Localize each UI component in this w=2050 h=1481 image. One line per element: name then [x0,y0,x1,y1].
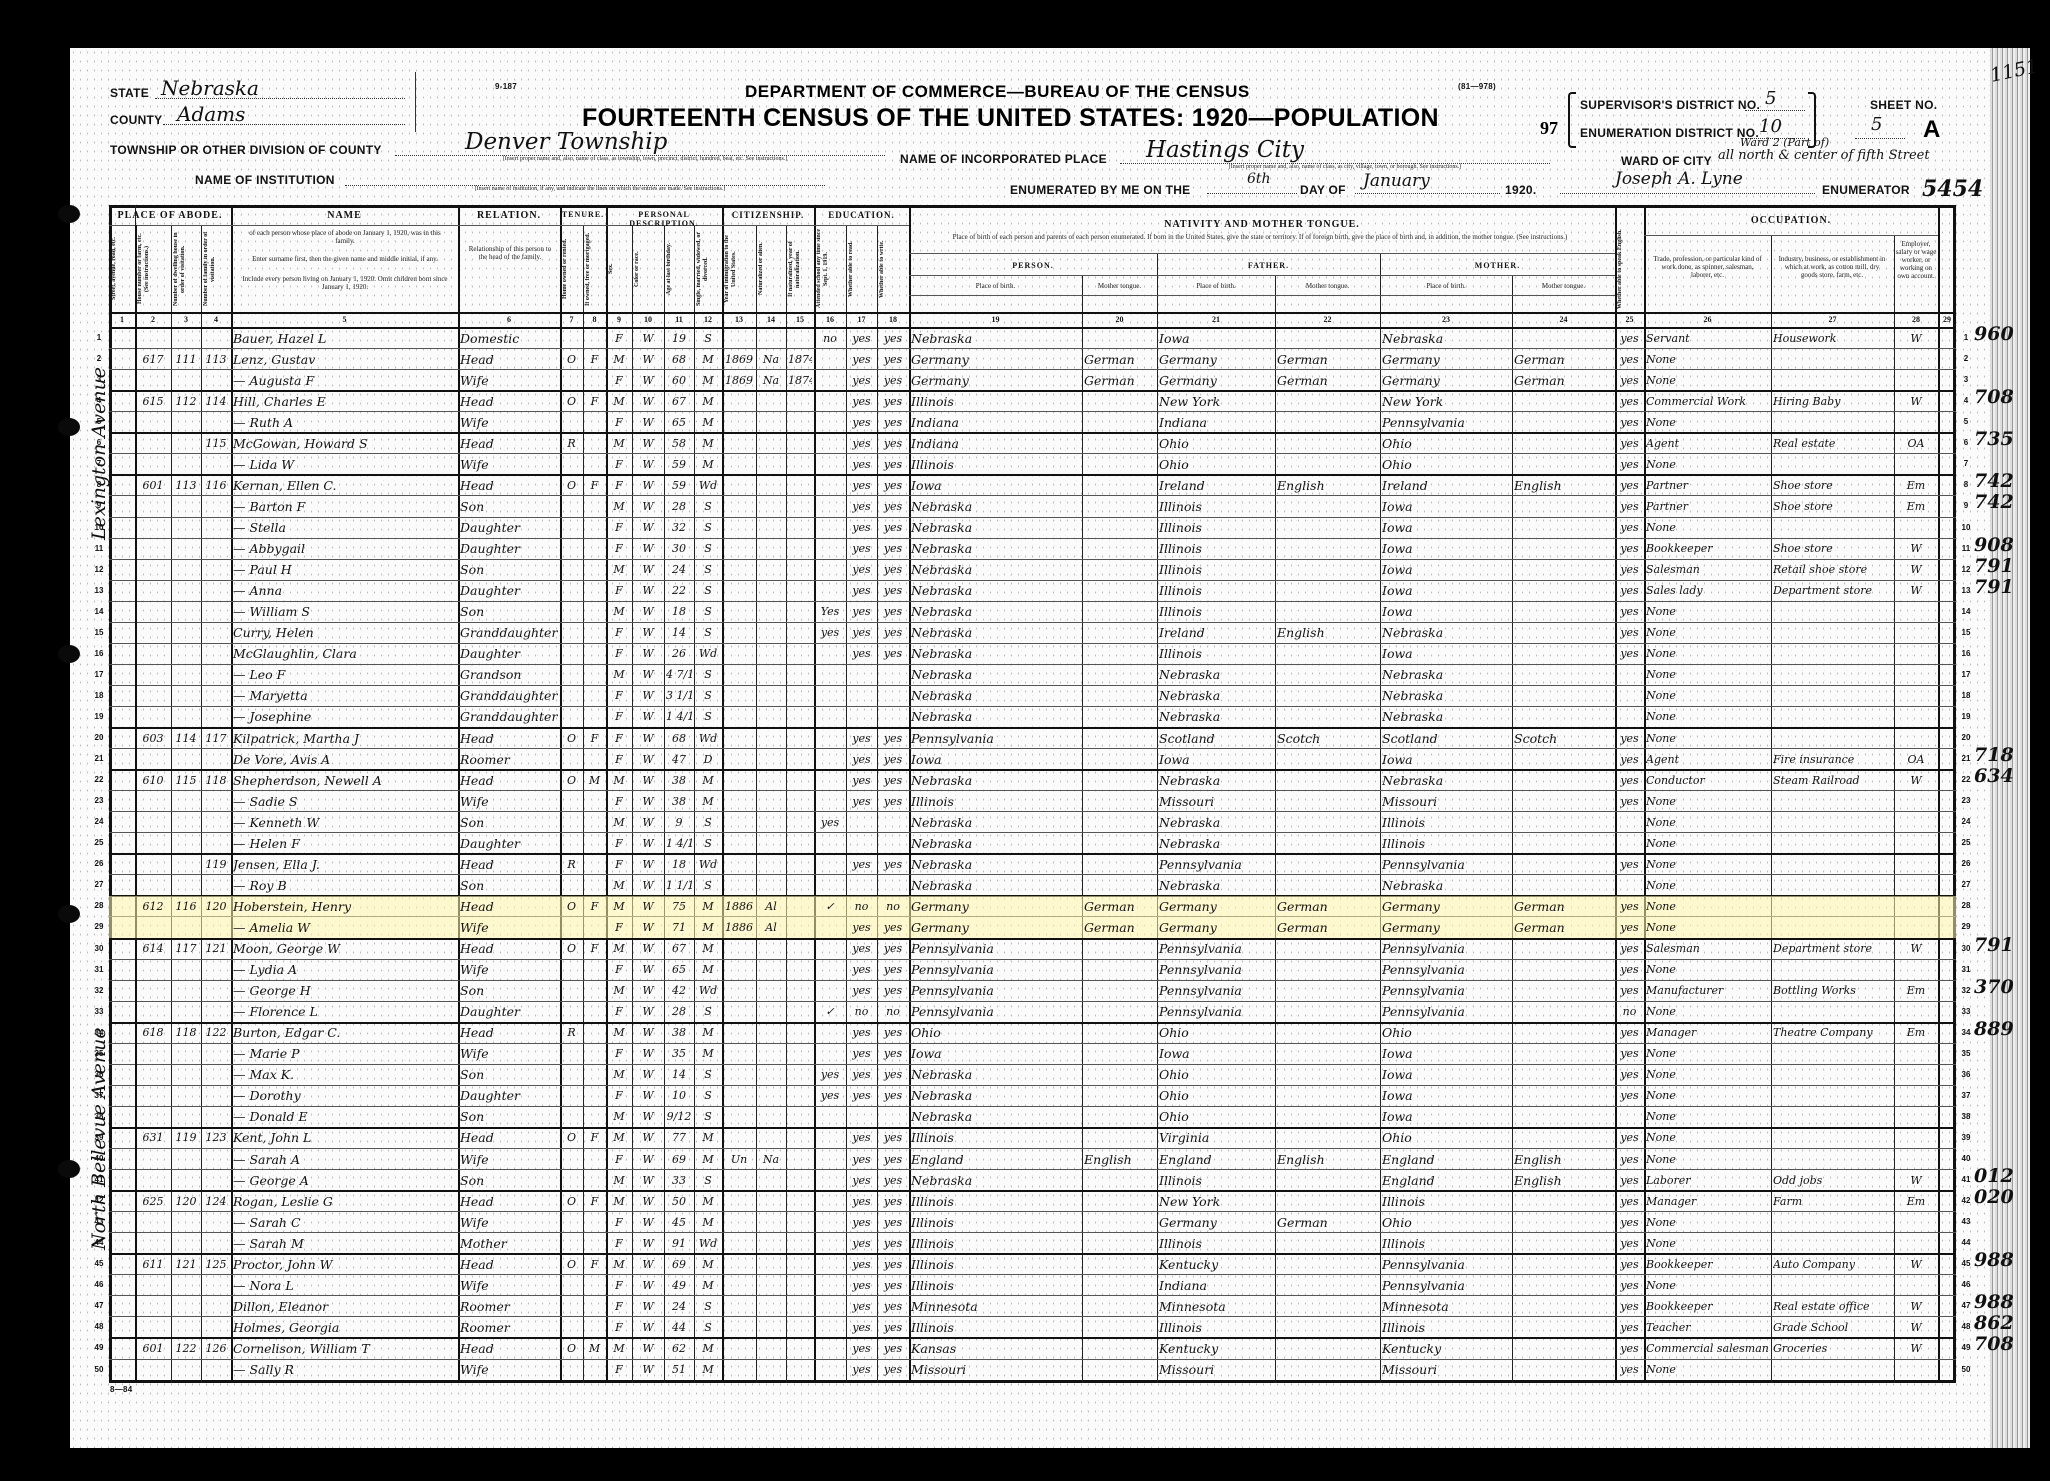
cell-nat [758,1170,784,1191]
census-row[interactable]: — StellaDaughterFW32SyesyesNebraskaIllin… [109,517,1956,538]
line-number: 7 [1958,459,1974,468]
cell-emp: W [1896,538,1936,559]
cell-age: 67 [666,391,692,412]
place-of-birth-label: Mother tongue. [1275,282,1380,290]
cell-mmt [1514,1233,1613,1254]
nativity-description: Place of birth of each person and parent… [915,233,1605,241]
cell-fpob: Ireland [1159,475,1273,496]
cell-trade: Commercial Work [1646,391,1769,412]
cell-color: W [634,980,662,1001]
cell-sch [816,433,844,454]
census-row[interactable]: 603114117Kilpatrick, Martha JHeadOFFW68W… [109,728,1956,749]
census-row[interactable]: 601122126Cornelison, William THeadOMMW62… [109,1338,1956,1359]
census-row[interactable]: — AbbygailDaughterFW30SyesyesNebraskaIll… [109,538,1956,559]
cell-sch: ✓ [816,1001,844,1022]
cell-mpob: Illinois [1382,1191,1510,1212]
cell-emp [1896,917,1936,938]
cell-rel: Wife [460,370,558,391]
occupation-code: 889 [1974,1018,2014,1040]
cell-sex: M [608,1170,630,1191]
cell-ind [1773,643,1892,664]
cell-farm [1940,664,1954,685]
cell-fpob: Ohio [1159,454,1273,475]
cell-emp [1896,349,1936,370]
cell-imm [724,812,754,833]
cell-color: W [634,1254,662,1275]
census-row[interactable]: — Roy BSonMW1 1/12SNebraskaNebraskaNebra… [109,875,1956,896]
census-row[interactable]: — Sarah AWifeFW69MUnNayesyesEnglandEngli… [109,1149,1956,1170]
cell-mmt [1514,412,1613,433]
cell-fmt [1277,1275,1378,1296]
cell-imm [724,791,754,812]
cell-pob: Indiana [911,433,1080,454]
cell-pob: Nebraska [911,664,1080,685]
cell-trade: None [1646,728,1769,749]
supervisor-district-field: 5 [1745,94,1805,111]
cell-mort [585,917,604,938]
cell-age: 1 1/12 [666,875,692,896]
cell-emp [1896,1064,1936,1085]
census-row[interactable]: — Amelia WWifeFW71M1886AlyesyesGermanyGe… [109,917,1956,938]
line-number: 32 [1958,986,1974,995]
cell-ind [1773,728,1892,749]
line-number: 38 [1958,1112,1974,1121]
cell-fpob: Iowa [1159,749,1273,770]
cell-house [137,1359,169,1380]
cell-rel: Wife [460,1359,558,1380]
header-c12: Single, married, widowed, or divorced. [696,229,720,309]
cell-read: yes [848,475,875,496]
census-row[interactable]: — Sarah MMotherFW91WdyesyesIllinoisIllin… [109,1233,1956,1254]
enumerated-day-field: 6th [1207,177,1297,194]
cell-sch [816,1022,844,1043]
section-divider [909,275,1615,276]
census-row[interactable]: — Florence LDaughterFW28S✓nonoPennsylvan… [109,1001,1956,1022]
cell-dwell: 112 [173,391,199,412]
census-row[interactable]: Holmes, GeorgiaRoomerFW44SyesyesIllinois… [109,1317,1956,1338]
census-row[interactable]: — Sarah CWifeFW45MyesyesIllinoisGermanyG… [109,1212,1956,1233]
census-row[interactable]: 119Jensen, Ella J.HeadRFW18WdyesyesNebra… [109,854,1956,875]
cell-fam [203,664,229,685]
cell-fam: 115 [203,433,229,454]
census-row[interactable]: — Lydia AWifeFW65MyesyesPennsylvaniaPenn… [109,959,1956,980]
cell-trade: None [1646,1085,1769,1106]
line-number: 45 [1958,1259,1974,1268]
cell-mpob: Pennsylvania [1382,938,1510,959]
cell-fam: 119 [203,854,229,875]
cell-own [562,1359,581,1380]
census-row[interactable]: — Sally RWifeFW51MyesyesMissouriMissouri… [109,1359,1956,1380]
cell-fpob: Indiana [1159,412,1273,433]
cell-nat [758,412,784,433]
cell-farm [1940,728,1954,749]
census-row[interactable]: — Barton FSonMW28SyesyesNebraskaIllinois… [109,496,1956,517]
census-row[interactable]: 612116120Hoberstein, HenryHeadOFMW75M188… [109,896,1956,917]
census-row[interactable]: — Helen FDaughterFW1 4/12SNebraskaNebras… [109,833,1956,854]
cell-rel: Daughter [460,538,558,559]
line-number: 3 [1958,375,1974,384]
cell-dwell [173,370,199,391]
cell-name: Holmes, Georgia [233,1317,456,1338]
cell-sch [816,412,844,433]
cell-mar: Wd [696,643,720,664]
census-row[interactable]: De Vore, Avis ARoomerFW47DyesyesIowaIowa… [109,749,1956,770]
cell-color: W [634,917,662,938]
column-number: 9 [606,315,632,324]
cell-fam: 114 [203,391,229,412]
census-row[interactable]: Curry, HelenGranddaughterFW14SyesyesyesN… [109,622,1956,643]
cell-mmt: English [1514,1170,1613,1191]
cell-eng [1617,1106,1642,1127]
cell-sch [816,517,844,538]
cell-mpob: England [1382,1149,1510,1170]
cell-fpob: Illinois [1159,496,1273,517]
cell-house: 601 [137,1338,169,1359]
census-row[interactable]: — Sadie SWifeFW38MyesyesIllinoisMissouri… [109,791,1956,812]
county-value: Adams [177,102,245,126]
cell-ind [1773,1127,1892,1148]
cell-trade: None [1646,349,1769,370]
cell-fpob: Germany [1159,1212,1273,1233]
cell-mort [585,1212,604,1233]
cell-imm [724,601,754,622]
census-row[interactable]: — JosephineGranddaughterFW1 4/12SNebrask… [109,706,1956,727]
census-row[interactable]: Dillon, EleanorRoomerFW24SyesyesMinnesot… [109,1296,1956,1317]
cell-age: 68 [666,728,692,749]
name-description: of each person whose place of abode on J… [240,229,450,245]
cell-rel: Daughter [460,1001,558,1022]
cell-mar: S [696,875,720,896]
cell-emp: W [1896,1296,1936,1317]
cell-ind [1773,959,1892,980]
cell-write [879,706,907,727]
cell-rel: Wife [460,917,558,938]
cell-mpob: Minnesota [1382,1296,1510,1317]
cell-own: O [562,1338,581,1359]
cell-nat [758,1212,784,1233]
cell-fpob: Ohio [1159,433,1273,454]
census-row[interactable]: — Leo FGrandsonMW4 7/12SNebraskaNebraska… [109,664,1956,685]
census-row[interactable]: Bauer, Hazel LDomesticFW19SnoyesyesNebra… [109,328,1956,349]
cell-ind: Grade School [1773,1317,1892,1338]
cell-dwell: 122 [173,1338,199,1359]
cell-farm [1940,1317,1954,1338]
census-row[interactable]: — George HSonMW42WdyesyesPennsylvaniaPen… [109,980,1956,1001]
cell-mmt [1514,601,1613,622]
cell-farm [1940,1043,1954,1064]
cell-age: 24 [666,559,692,580]
census-title: FOURTEENTH CENSUS OF THE UNITED STATES: … [582,104,1439,133]
census-row[interactable]: — MaryettaGranddaughterFW3 1/12SNebraska… [109,685,1956,706]
cell-write: no [879,896,907,917]
census-row[interactable]: — George ASonMW33SyesyesNebraskaIllinois… [109,1170,1956,1191]
cell-mt [1084,1170,1155,1191]
cell-dwell [173,1296,199,1317]
cell-sch [816,496,844,517]
cell-rel: Domestic [460,328,558,349]
cell-mmt [1514,328,1613,349]
cell-farm [1940,980,1954,1001]
cell-natyr [788,1085,812,1106]
cell-fmt [1277,391,1378,412]
punch-hole [58,1160,80,1178]
cell-mpob: Illinois [1382,1233,1510,1254]
cell-write: yes [879,1296,907,1317]
cell-house [137,1296,169,1317]
cell-mt [1084,1359,1155,1380]
cell-mt [1084,1001,1155,1022]
cell-farm [1940,1338,1954,1359]
cell-nat [758,328,784,349]
cell-natyr [788,1275,812,1296]
census-row[interactable]: — AnnaDaughterFW22SyesyesNebraskaIllinoi… [109,580,1956,601]
occupation-code: 742 [1974,491,2014,513]
cell-read: yes [848,391,875,412]
cell-mar: M [696,1149,720,1170]
cell-ind: Housework [1773,328,1892,349]
cell-fmt [1277,1043,1378,1064]
cell-mort: M [585,1338,604,1359]
census-row[interactable]: 617111113Lenz, GustavHeadOFMW68M1869Na18… [109,349,1956,370]
census-row[interactable]: 625120124Rogan, Leslie GHeadOFMW50Myesye… [109,1191,1956,1212]
cell-rel: Wife [460,1212,558,1233]
cell-fmt [1277,959,1378,980]
cell-mpob: Germany [1382,370,1510,391]
cell-mar: M [696,433,720,454]
column-number: 5 [231,315,458,324]
cell-name: Hoberstein, Henry [233,896,456,917]
cell-rel: Grandson [460,664,558,685]
cell-fpob: Pennsylvania [1159,959,1273,980]
census-row[interactable]: — Paul HSonMW24SyesyesNebraskaIllinoisIo… [109,559,1956,580]
cell-mar: M [696,412,720,433]
cell-fam [203,1296,229,1317]
line-number: 15 [1958,628,1974,637]
cell-fpob: England [1159,1149,1273,1170]
cell-age: 49 [666,1275,692,1296]
sheet-label: SHEET NO. [1870,98,1937,112]
census-row[interactable]: — William SSonMW18SYesyesyesNebraskaIlli… [109,601,1956,622]
cell-color: W [634,854,662,875]
census-row[interactable]: — Nora LWifeFW49MyesyesIllinoisIndianaPe… [109,1275,1956,1296]
line-number: 13 [91,586,107,595]
cell-read: yes [848,454,875,475]
column-number: 13 [722,315,756,324]
census-row[interactable]: — Kenneth WSonMW9SyesNebraskaNebraskaIll… [109,812,1956,833]
cell-natyr [788,328,812,349]
cell-farm [1940,1001,1954,1022]
census-row[interactable]: — DorothyDaughterFW10SyesyesyesNebraskaO… [109,1085,1956,1106]
cell-own [562,1233,581,1254]
cell-age: 58 [666,433,692,454]
cell-age: 67 [666,938,692,959]
cell-mar: S [696,1001,720,1022]
cell-name: — Sarah M [233,1233,456,1254]
cell-house: 610 [137,770,169,791]
cell-fmt: German [1277,349,1378,370]
cell-imm [724,1106,754,1127]
cell-eng: yes [1617,496,1642,517]
cell-own [562,664,581,685]
line-number: 17 [1958,670,1974,679]
census-row[interactable]: 610115118Shepherdson, Newell AHeadOMMW38… [109,770,1956,791]
cell-emp [1896,896,1936,917]
cell-fmt [1277,980,1378,1001]
cell-dwell [173,601,199,622]
census-row[interactable]: — Augusta FWifeFW60M1869Na1874yesyesGerm… [109,370,1956,391]
cell-own [562,559,581,580]
cell-ind [1773,1064,1892,1085]
cell-sex: M [608,433,630,454]
cell-mmt [1514,1064,1613,1085]
cell-fpob: Nebraska [1159,770,1273,791]
cell-pob: Nebraska [911,1085,1080,1106]
census-row[interactable]: 614117121Moon, George WHeadOFMW67Myesyes… [109,938,1956,959]
cell-name: Hill, Charles E [233,391,456,412]
cell-pob: Nebraska [911,1064,1080,1085]
cell-eng: no [1617,1001,1642,1022]
cell-sch: no [816,328,844,349]
cell-name: Cornelison, William T [233,1338,456,1359]
cell-mar: M [696,391,720,412]
cell-pob: Pennsylvania [911,938,1080,959]
sheet-no-field: 5 [1855,122,1905,139]
cell-age: 28 [666,496,692,517]
cell-sex: M [608,664,630,685]
census-row[interactable]: — Lida WWifeFW59MyesyesIllinoisOhioOhioy… [109,454,1956,475]
cell-fam [203,706,229,727]
cell-pob: Illinois [911,1212,1080,1233]
cell-emp [1896,685,1936,706]
census-row[interactable]: 611121125Proctor, John WHeadOFMW69Myesye… [109,1254,1956,1275]
cell-mort [585,706,604,727]
line-number: 31 [1958,965,1974,974]
place-of-birth-label: Place of birth. [1380,282,1512,290]
cell-dwell [173,1359,199,1380]
cell-nat [758,1022,784,1043]
cell-emp: W [1896,938,1936,959]
cell-nat [758,496,784,517]
cell-mmt [1514,1085,1613,1106]
cell-eng [1617,706,1642,727]
cell-farm [1940,328,1954,349]
census-row[interactable]: McGlaughlin, ClaraDaughterFW26WdyesyesNe… [109,643,1956,664]
cell-mt: German [1084,896,1155,917]
industry-description: Industry, business, or establishment in … [1776,255,1888,279]
cell-sex: F [608,1149,630,1170]
cell-ind: Odd jobs [1773,1170,1892,1191]
cell-rel: Son [460,496,558,517]
cell-mt [1084,685,1155,706]
occupation-code: 708 [1974,1333,2014,1355]
line-number: 36 [1958,1070,1974,1079]
enumerator-signature: Joseph A. Lyne [1615,169,1743,189]
cell-fpob: Iowa [1159,1043,1273,1064]
cell-name: — Abbygail [233,538,456,559]
cell-own: O [562,1254,581,1275]
cell-dwell [173,1085,199,1106]
census-row[interactable]: 618118122Burton, Edgar C.HeadRMW38Myesye… [109,1022,1956,1043]
cell-dwell [173,1275,199,1296]
cell-fpob: Ohio [1159,1106,1273,1127]
census-row[interactable]: 615112114Hill, Charles EHeadOFMW67Myesye… [109,391,1956,412]
cell-sex: F [608,517,630,538]
cell-emp [1896,664,1936,685]
cell-dwell [173,980,199,1001]
cell-fmt [1277,770,1378,791]
census-row[interactable]: — Ruth AWifeFW65MyesyesIndianaIndianaPen… [109,412,1956,433]
cell-sch [816,854,844,875]
cell-nat [758,1338,784,1359]
cell-farm [1940,959,1954,980]
line-number: 15 [91,628,107,637]
line-number: 50 [91,1365,107,1374]
cell-house [137,1170,169,1191]
census-row[interactable]: 601113116Kernan, Ellen C.HeadOFFW59Wdyes… [109,475,1956,496]
cell-farm [1940,601,1954,622]
cell-ind: Farm [1773,1191,1892,1212]
line-number: 42 [1958,1196,1974,1205]
cell-mt [1084,1085,1155,1106]
cell-read: yes [848,728,875,749]
census-row[interactable]: — Donald ESonMW9/12SNebraskaOhioIowaNone [109,1106,1956,1127]
cell-imm [724,706,754,727]
cell-mar: M [696,1043,720,1064]
cell-read: yes [848,601,875,622]
cell-mort [585,1022,604,1043]
cell-mpob: Missouri [1382,1359,1510,1380]
cell-age: 51 [666,1359,692,1380]
cell-rel: Wife [460,1275,558,1296]
cell-mort [585,959,604,980]
cell-natyr [788,412,812,433]
cell-trade: Agent [1646,433,1769,454]
census-row[interactable]: — Max K.SonMW14SyesyesyesNebraskaOhioIow… [109,1064,1956,1085]
cell-name: Rogan, Leslie G [233,1191,456,1212]
cell-eng: yes [1617,938,1642,959]
cell-fam: 118 [203,770,229,791]
cell-farm [1940,391,1954,412]
line-number: 18 [1958,691,1974,700]
cell-dwell: 115 [173,770,199,791]
cell-trade: None [1646,1212,1769,1233]
cell-sex: F [608,580,630,601]
cell-nat [758,728,784,749]
cell-mpob: Missouri [1382,791,1510,812]
occupation-code: 735 [1974,428,2014,450]
census-row[interactable]: 115McGowan, Howard SHeadRMW58MyesyesIndi… [109,433,1956,454]
cell-age: 24 [666,1296,692,1317]
cell-farm [1940,938,1954,959]
cell-age: 75 [666,896,692,917]
cell-color: W [634,328,662,349]
section-occupation: OCCUPATION. [1644,215,1938,226]
cell-mort [585,1064,604,1085]
cell-mmt [1514,770,1613,791]
cell-rel: Roomer [460,749,558,770]
cell-fpob: Germany [1159,917,1273,938]
cell-mt [1084,1296,1155,1317]
cell-read: yes [848,1064,875,1085]
census-row[interactable]: 631119123Kent, John LHeadOFMW77MyesyesIl… [109,1127,1956,1148]
cell-own: O [562,938,581,959]
cell-eng: yes [1617,917,1642,938]
cell-dwell [173,791,199,812]
cell-pob: Illinois [911,1191,1080,1212]
census-row[interactable]: — Marie PWifeFW35MyesyesIowaIowaIowayesN… [109,1043,1956,1064]
cell-ind [1773,917,1892,938]
cell-mar: S [696,1170,720,1191]
